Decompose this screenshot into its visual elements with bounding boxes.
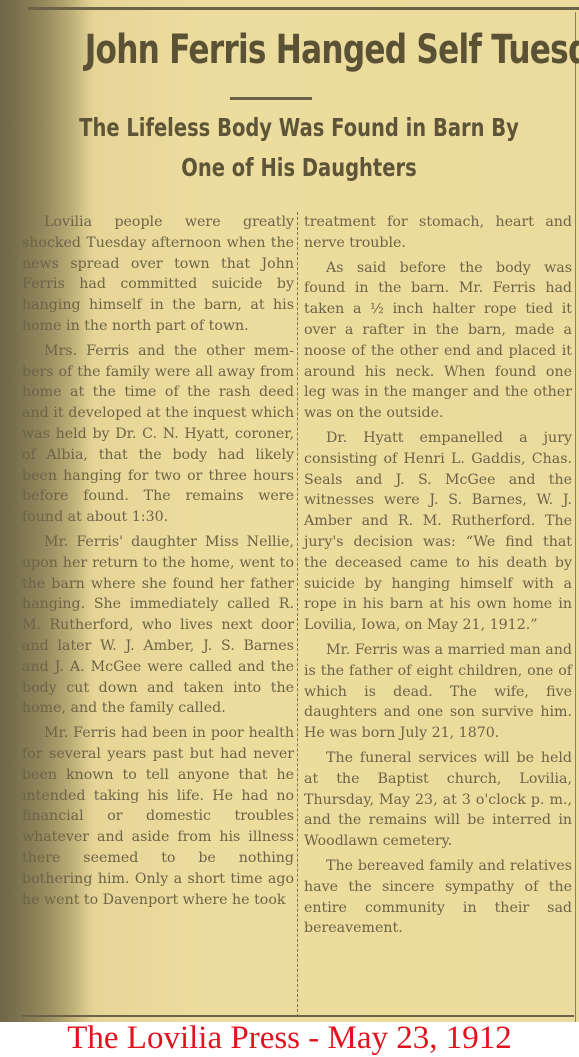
right-column: treatment for stomach, heart and nerve t… <box>304 212 572 943</box>
newspaper-clipping: John Ferris Hanged Self Tuesday The Life… <box>0 0 579 1022</box>
paragraph: Mrs. Ferris and the other mem­bers of th… <box>22 341 294 528</box>
top-rule <box>28 7 579 10</box>
headline-divider <box>230 97 312 100</box>
paragraph: The bereaved family and rel­atives have … <box>304 856 572 939</box>
column-divider <box>297 212 299 1017</box>
paragraph: Mr. Ferris' daughter Miss Nellie, upon h… <box>22 532 294 719</box>
bottom-rule <box>22 1015 574 1017</box>
paragraph: Dr. Hyatt empanelled a jury consisting o… <box>304 428 572 636</box>
paragraph: Lovilia people were greatly shocked Tues… <box>22 212 294 337</box>
paragraph-continuation: treatment for stomach, heart and nerve t… <box>304 212 572 254</box>
paragraph: The funeral services will be held at the… <box>304 748 572 852</box>
left-column: Lovilia people were greatly shocked Tues… <box>22 212 294 914</box>
source-caption: The Lovilia Press - May 23, 1912 <box>0 1020 579 1057</box>
paragraph: As said before the body was found in the… <box>304 258 572 424</box>
paragraph: Mr. Ferris had been in poor health for s… <box>22 723 294 910</box>
subheadline: The Lifeless Body Was Found in Barn By O… <box>77 108 522 188</box>
paragraph: Mr. Ferris was a married man and is the … <box>304 640 572 744</box>
right-border <box>575 12 576 1022</box>
headline: John Ferris Hanged Self Tuesday <box>85 20 516 80</box>
